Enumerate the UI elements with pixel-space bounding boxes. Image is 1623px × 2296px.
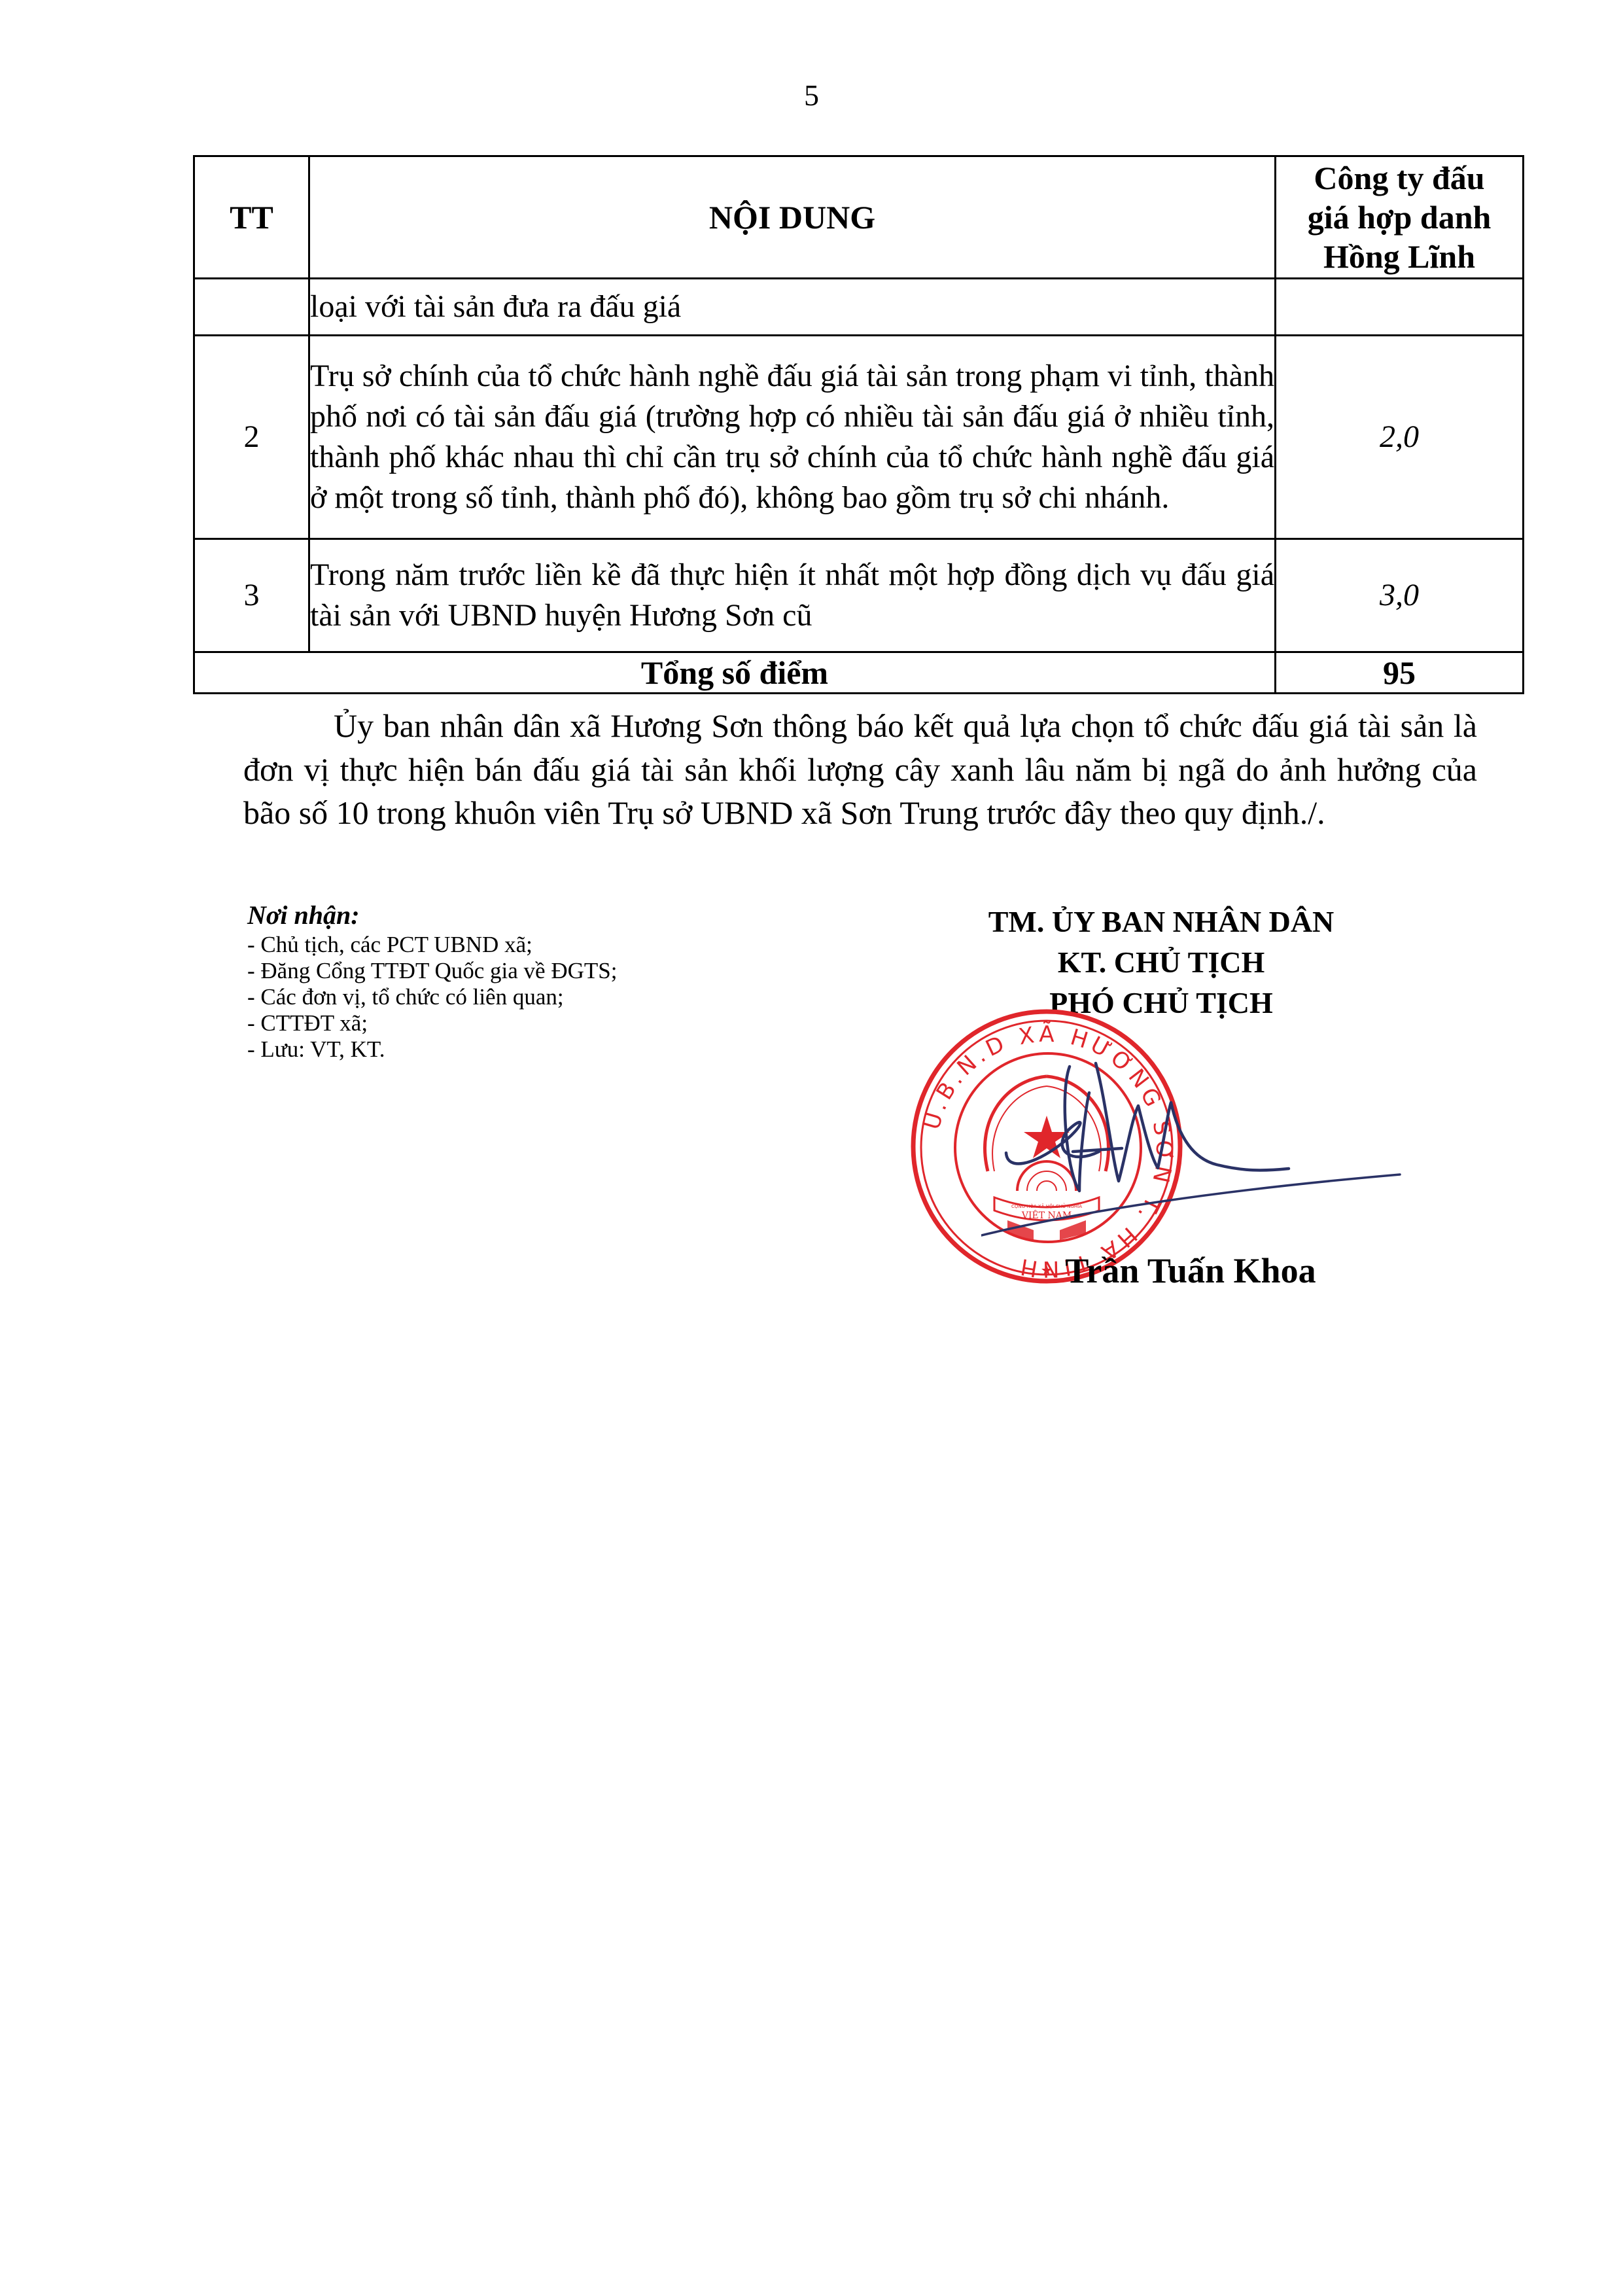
scoring-table: TT NỘI DUNG Công ty đấu giá hợp danh Hồn… xyxy=(193,155,1524,694)
header-company-line: giá hợp danh xyxy=(1276,198,1522,237)
recipients-block: Nơi nhận: - Chủ tịch, các PCT UBND xã; -… xyxy=(247,899,617,1063)
recipient-item: - Lưu: VT, KT. xyxy=(247,1036,617,1063)
signer-name: Trần Tuấn Khoa xyxy=(1021,1250,1361,1292)
row-score: 2,0 xyxy=(1276,336,1524,539)
total-value: 95 xyxy=(1276,652,1524,694)
row-tt: 3 xyxy=(194,539,309,652)
handwritten-signature-icon xyxy=(981,1040,1406,1250)
row-score xyxy=(1276,279,1524,336)
row-content: Trụ sở chính của tổ chức hành nghề đấu g… xyxy=(309,336,1276,539)
total-row: Tổng số điểm 95 xyxy=(194,652,1524,694)
row-content: loại với tài sản đưa ra đấu giá xyxy=(309,279,1276,336)
row-content: Trong năm trước liền kề đã thực hiện ít … xyxy=(309,539,1276,652)
table-row: loại với tài sản đưa ra đấu giá xyxy=(194,279,1524,336)
recipients-title: Nơi nhận: xyxy=(247,899,617,932)
page-number: 5 xyxy=(0,77,1623,114)
header-tt: TT xyxy=(194,156,309,279)
sign-line-authority: KT. CHỦ TỊCH xyxy=(949,942,1374,983)
header-company: Công ty đấu giá hợp danh Hồng Lĩnh xyxy=(1276,156,1524,279)
signature-title-block: TM. ỦY BAN NHÂN DÂN KT. CHỦ TỊCH PHÓ CHỦ… xyxy=(949,902,1374,1023)
table-row: 3 Trong năm trước liền kề đã thực hiện í… xyxy=(194,539,1524,652)
recipient-item: - CTTĐT xã; xyxy=(247,1010,617,1036)
recipient-item: - Đăng Cổng TTĐT Quốc gia về ĐGTS; xyxy=(247,958,617,984)
row-score: 3,0 xyxy=(1276,539,1524,652)
total-label: Tổng số điểm xyxy=(194,652,1276,694)
recipient-item: - Các đơn vị, tổ chức có liên quan; xyxy=(247,984,617,1010)
row-tt: 2 xyxy=(194,336,309,539)
header-company-line: Hồng Lĩnh xyxy=(1276,237,1522,276)
recipient-item: - Chủ tịch, các PCT UBND xã; xyxy=(247,932,617,958)
header-company-line: Công ty đấu xyxy=(1276,158,1522,198)
table-row: 2 Trụ sở chính của tổ chức hành nghề đấu… xyxy=(194,336,1524,539)
table-header-row: TT NỘI DUNG Công ty đấu giá hợp danh Hồn… xyxy=(194,156,1524,279)
row-tt xyxy=(194,279,309,336)
body-paragraph: Ủy ban nhân dân xã Hương Sơn thông báo k… xyxy=(243,704,1477,835)
header-content: NỘI DUNG xyxy=(309,156,1276,279)
sign-line-organization: TM. ỦY BAN NHÂN DÂN xyxy=(949,902,1374,942)
